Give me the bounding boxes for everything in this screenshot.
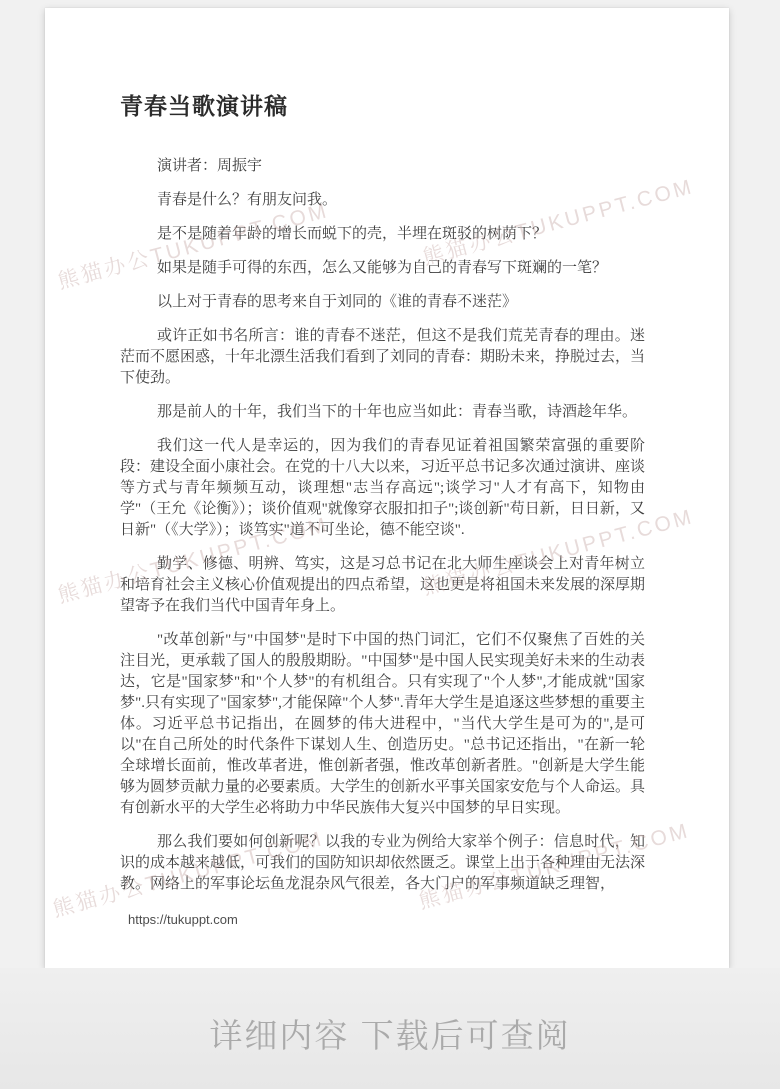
document-title: 青春当歌演讲稿 — [120, 92, 645, 122]
paragraph: 是不是随着年龄的增长而蜕下的壳，半埋在斑驳的树荫下？ — [120, 224, 645, 245]
document-page: 熊猫办公TUKUPPT.COM 熊猫办公TUKUPPT.COM 熊猫办公TUKU… — [45, 8, 729, 968]
bottom-bar-text: 详细内容 下载后可查阅 — [209, 1000, 570, 1057]
source-link[interactable]: https://tukuppt.com — [128, 912, 238, 927]
bottom-bar: 详细内容 下载后可查阅 — [0, 968, 780, 1089]
paragraph: 青春是什么？有朋友问我。 — [120, 190, 645, 211]
paragraph: 勤学、修德、明辨、笃实，这是习总书记在北大师生座谈会上对青年树立和培育社会主义核… — [120, 554, 645, 617]
paragraph: 演讲者：周振宇 — [120, 156, 645, 177]
paragraph: 或许正如书名所言：谁的青春不迷茫，但这不是我们荒芜青春的理由。迷茫而不愿困惑，十… — [120, 326, 645, 389]
document-body: 演讲者：周振宇青春是什么？有朋友问我。是不是随着年龄的增长而蜕下的壳，半埋在斑驳… — [120, 156, 645, 895]
paragraph: 那是前人的十年，我们当下的十年也应当如此：青春当歌，诗酒趁年华。 — [120, 402, 645, 423]
paragraph: "改革创新"与"中国梦"是时下中国的热门词汇，它们不仅聚焦了百姓的关注目光，更承… — [120, 630, 645, 819]
paragraph: 那么我们要如何创新呢？以我的专业为例给大家举个例子：信息时代，知识的成本越来越低… — [120, 832, 645, 895]
paragraph: 如果是随手可得的东西，怎么又能够为自己的青春写下斑斓的一笔？ — [120, 258, 645, 279]
paragraph: 我们这一代人是幸运的，因为我们的青春见证着祖国繁荣富强的重要阶段：建设全面小康社… — [120, 436, 645, 541]
paragraph: 以上对于青春的思考来自于刘同的《谁的青春不迷茫》 — [120, 292, 645, 313]
